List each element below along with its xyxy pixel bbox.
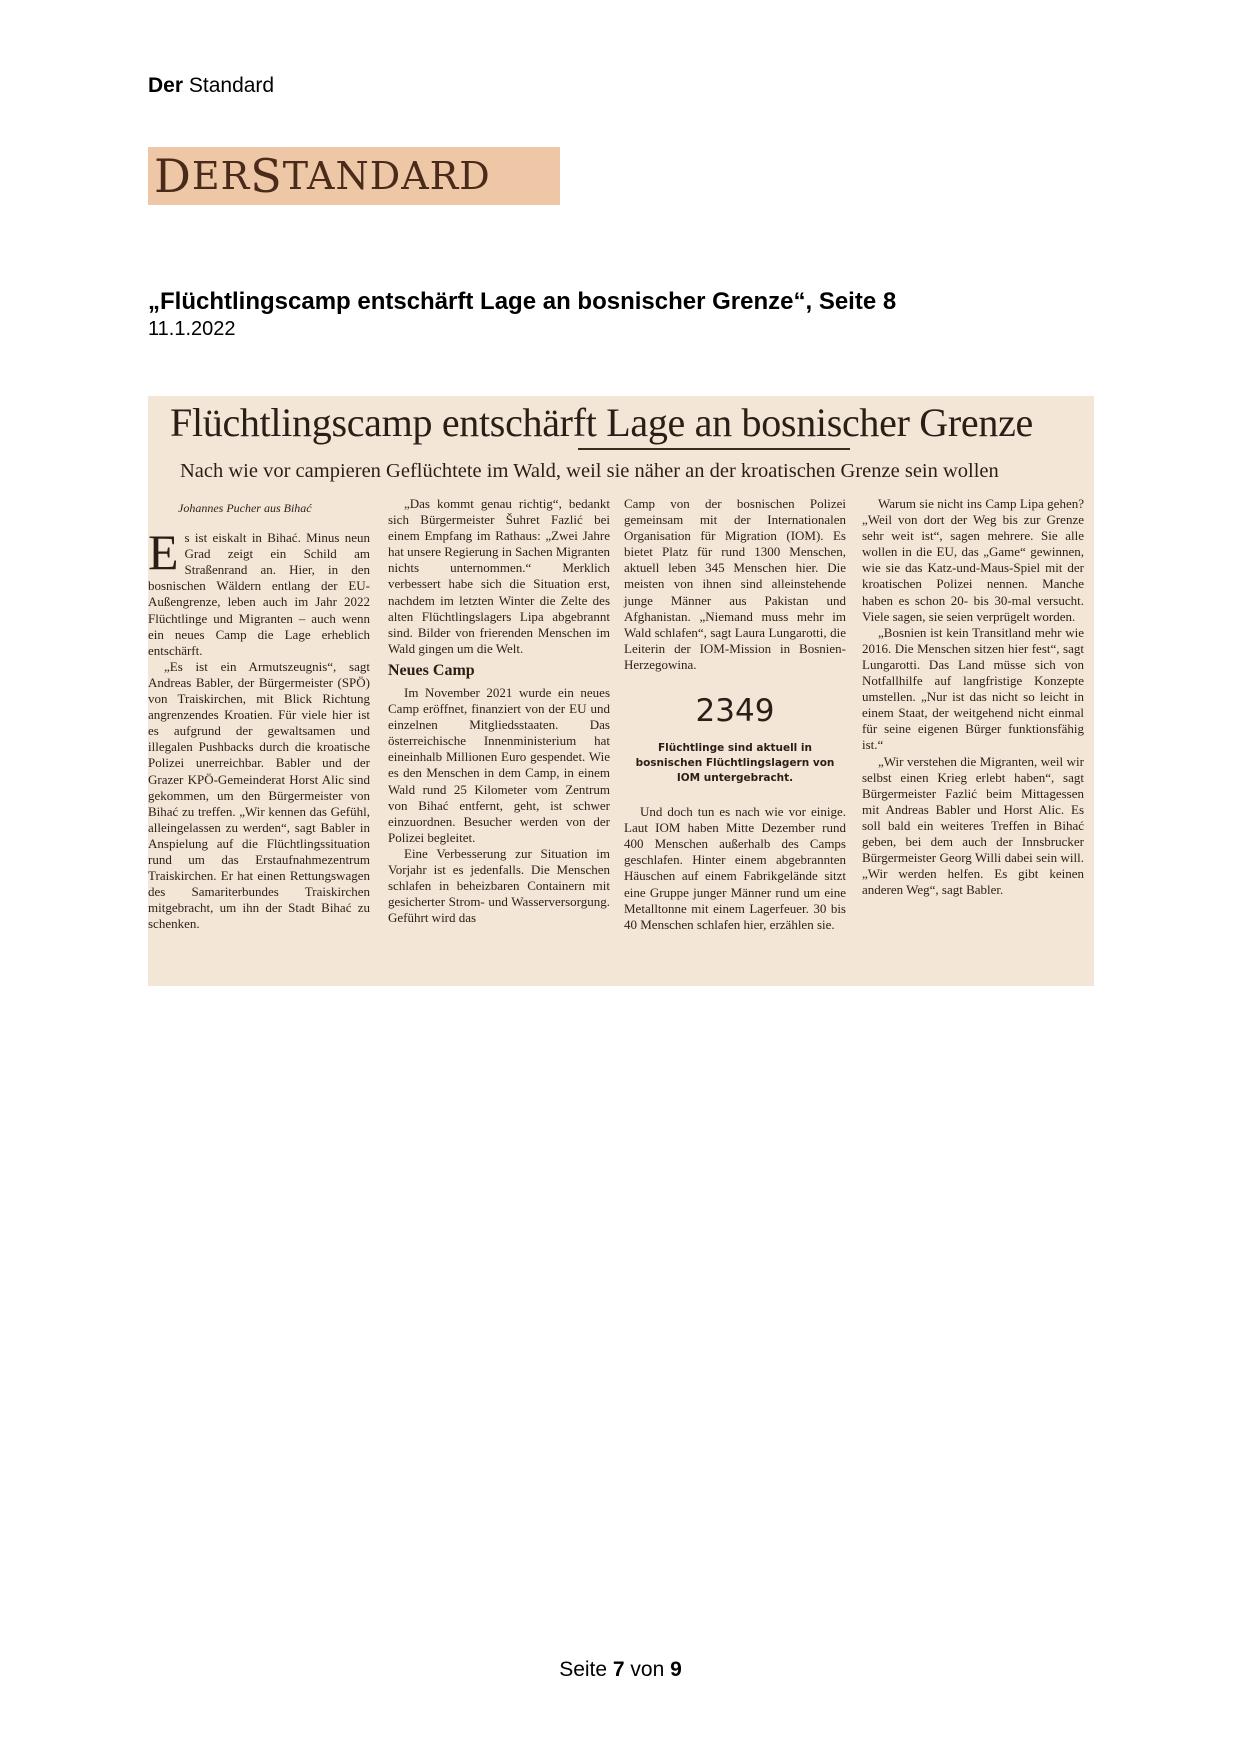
article-column-1: Johannes Pucher aus Bihać Es ist eiskalt… (148, 500, 370, 932)
der-standard-logo: DER STANDARD (148, 147, 560, 205)
article-column-3: Camp von der bosnischen Polizei gemeinsa… (624, 496, 846, 933)
clipping-headline: Flüchtlingscamp entschärft Lage an bosni… (170, 398, 1090, 448)
paragraph-text: s ist eiskalt in Bihać. Minus neun Grad … (148, 530, 370, 658)
logo-letter: D (154, 153, 192, 199)
publication-name-bold: Der (148, 74, 183, 97)
paragraph: Camp von der bosnischen Polizei gemeinsa… (624, 496, 846, 673)
section-subhead: Neues Camp (388, 661, 610, 681)
byline: Johannes Pucher aus Bihać (148, 500, 370, 516)
paragraph: „Es ist ein Armutszeugnis“, sagt Andreas… (148, 659, 370, 933)
paragraph: „Das kommt genau richtig“, bedankt sich … (388, 496, 610, 657)
article-date: 11.1.2022 (148, 318, 236, 341)
publication-name-rest: Standard (183, 74, 274, 97)
publication-name: Der Standard (148, 74, 274, 98)
total-pages-number: 9 (670, 1658, 682, 1681)
footer-prefix: Seite (559, 1658, 613, 1681)
article-column-2: „Das kommt genau richtig“, bedankt sich … (388, 496, 610, 926)
paragraph: Eine Verbesserung zur Situation im Vorja… (388, 846, 610, 926)
factbox: 2349 Flüchtlinge sind aktuell in bosnisc… (624, 691, 846, 786)
logo-letters: TANDARD (283, 157, 491, 195)
footer-middle: von (625, 1658, 671, 1681)
drop-cap: E (148, 532, 179, 572)
current-page-number: 7 (613, 1658, 625, 1681)
page-footer: Seite 7 von 9 (0, 1658, 1241, 1682)
paragraph: Und doch tun es nach wie vor einige. Lau… (624, 804, 846, 933)
paragraph: „Bosnien ist kein Transitland mehr wie 2… (862, 625, 1084, 754)
paragraph: „Wir verstehen die Migranten, weil wir s… (862, 754, 1084, 899)
headline-rule (578, 448, 850, 450)
logo-letters: ER (192, 157, 250, 195)
paragraph: Im November 2021 wurde ein neues Camp er… (388, 685, 610, 846)
logo-letter: S (250, 153, 283, 199)
factbox-number: 2349 (624, 691, 846, 731)
paragraph: Warum sie nicht ins Camp Lipa gehen? „We… (862, 496, 1084, 625)
article-title: „Flüchtlingscamp entschärft Lage an bosn… (148, 288, 896, 316)
article-column-4: Warum sie nicht ins Camp Lipa gehen? „We… (862, 496, 1084, 898)
factbox-text: Flüchtlinge sind aktuell in bosnischen F… (624, 741, 846, 786)
newspaper-clipping: Flüchtlingscamp entschärft Lage an bosni… (148, 396, 1094, 986)
paragraph: Es ist eiskalt in Bihać. Minus neun Grad… (148, 530, 370, 659)
clipping-subheadline: Nach wie vor campieren Geflüchtete im Wa… (180, 458, 999, 484)
